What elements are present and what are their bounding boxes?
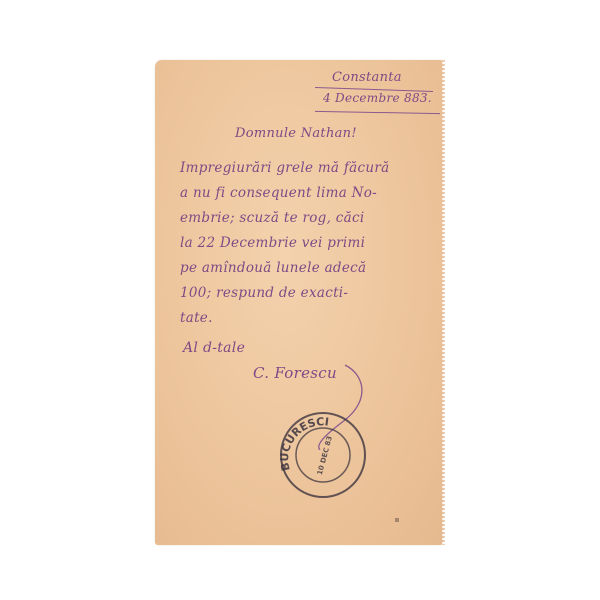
body-line: 100; respund de exacti- — [180, 285, 348, 301]
body-line: Impregiurări grele mă făcură — [180, 160, 389, 176]
body-line: pe amîndouă lunele adecă — [180, 260, 366, 276]
closing: Al d-tale — [183, 340, 245, 356]
body-line: la 22 Decembrie vei primi — [180, 235, 365, 251]
body-line: embrie; scuză te rog, căci — [180, 210, 364, 226]
header-date: 4 Decembre 883. — [323, 91, 432, 105]
body-line: a nu fi consequent lima No- — [180, 185, 377, 201]
body-line: tate. — [180, 310, 213, 326]
header-place: Constanta — [332, 70, 402, 85]
date-underline — [315, 111, 440, 114]
paper-blemish — [395, 518, 399, 522]
postcard: Constanta 4 Decembre 883. Domnule Nathan… — [155, 60, 443, 545]
postmark-stamp: BUCURESCI 10 DEC 83 — [278, 410, 368, 500]
postmark-date: 10 DEC 83 — [316, 435, 334, 476]
greeting: Domnule Nathan! — [235, 126, 357, 141]
